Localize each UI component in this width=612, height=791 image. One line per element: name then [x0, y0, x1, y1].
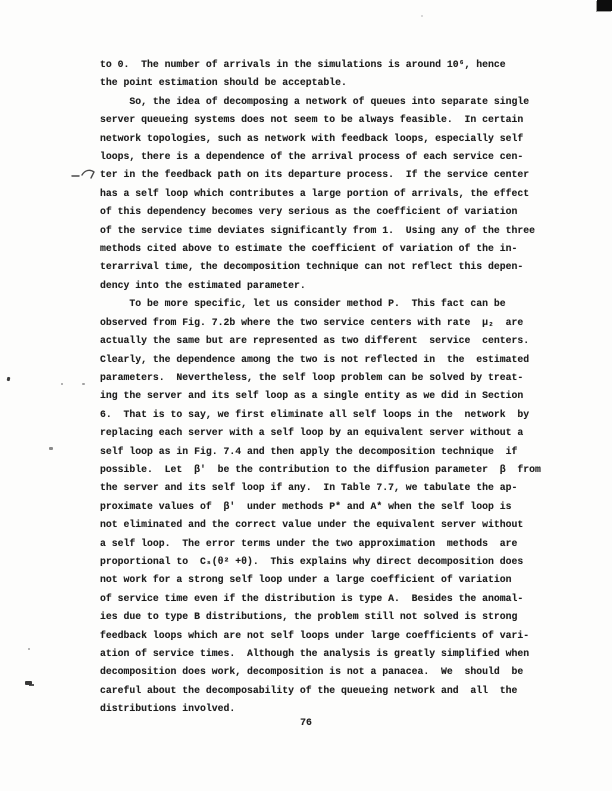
text-line: ing the server and its self loop as a si… — [100, 387, 560, 405]
text-line: feedback loops which are not self loops … — [100, 627, 560, 645]
handwritten-margin-mark — [70, 166, 98, 182]
text-line: To be more specific, let us consider met… — [100, 295, 560, 313]
scan-speck — [82, 383, 85, 385]
text-line: a self loop. The error terms under the t… — [100, 535, 560, 553]
text-line: ter in the feedback path on its departur… — [100, 166, 560, 184]
text-line: proportional to Cₛ(θ² +θ). This explains… — [100, 553, 560, 571]
scan-speck — [421, 15, 423, 17]
text-line: of this dependency becomes very serious … — [100, 203, 560, 221]
text-line: not work for a strong self loop under a … — [100, 571, 560, 589]
text-line: to 0. The number of arrivals in the simu… — [100, 56, 560, 74]
scan-speck — [49, 447, 53, 450]
scan-speck — [25, 681, 32, 685]
document-page: to 0. The number of arrivals in the simu… — [0, 0, 612, 791]
text-line: loops, there is a dependence of the arri… — [100, 148, 560, 166]
text-line: terarrival time, the decomposition techn… — [100, 258, 560, 276]
scan-speck — [61, 383, 63, 385]
text-line: replacing each server with a self loop b… — [100, 424, 560, 442]
text-line: server queueing systems does not seem to… — [100, 111, 560, 129]
scan-speck — [28, 648, 30, 650]
text-line: decomposition does work, decomposition i… — [100, 663, 560, 681]
text-line: Clearly, the dependence among the two is… — [100, 351, 560, 369]
text-line: careful about the decomposability of the… — [100, 682, 560, 700]
text-line: not eliminated and the correct value und… — [100, 516, 560, 534]
page-number: 76 — [0, 717, 612, 728]
text-line: actually the same but are represented as… — [100, 332, 560, 350]
text-line: parameters. Nevertheless, the self loop … — [100, 369, 560, 387]
text-line: observed from Fig. 7.2b where the two se… — [100, 314, 560, 332]
text-line: ation of service times. Although the ana… — [100, 645, 560, 663]
scan-corner-artifact — [597, 0, 612, 11]
text-line: proximate values of β' under methods P* … — [100, 498, 560, 516]
text-line: has a self loop which contributes a larg… — [100, 185, 560, 203]
text-line: distributions involved. — [100, 700, 560, 718]
text-line: 6. That is to say, we first eliminate al… — [100, 406, 560, 424]
text-line: self loop as in Fig. 7.4 and then apply … — [100, 443, 560, 461]
text-line: the point estimation should be acceptabl… — [100, 74, 560, 92]
body-text: to 0. The number of arrivals in the simu… — [100, 56, 560, 719]
text-line: So, the idea of decomposing a network of… — [100, 93, 560, 111]
text-line: dency into the estimated parameter. — [100, 277, 560, 295]
text-line: of service time even if the distribution… — [100, 590, 560, 608]
scan-speck — [7, 377, 11, 382]
text-line: ies due to type B distributions, the pro… — [100, 608, 560, 626]
text-line: network topologies, such as network with… — [100, 130, 560, 148]
text-line: of the service time deviates significant… — [100, 222, 560, 240]
text-line: the server and its self loop if any. In … — [100, 479, 560, 497]
text-line: methods cited above to estimate the coef… — [100, 240, 560, 258]
text-line: possible. Let β' be the contribution to … — [100, 461, 560, 479]
